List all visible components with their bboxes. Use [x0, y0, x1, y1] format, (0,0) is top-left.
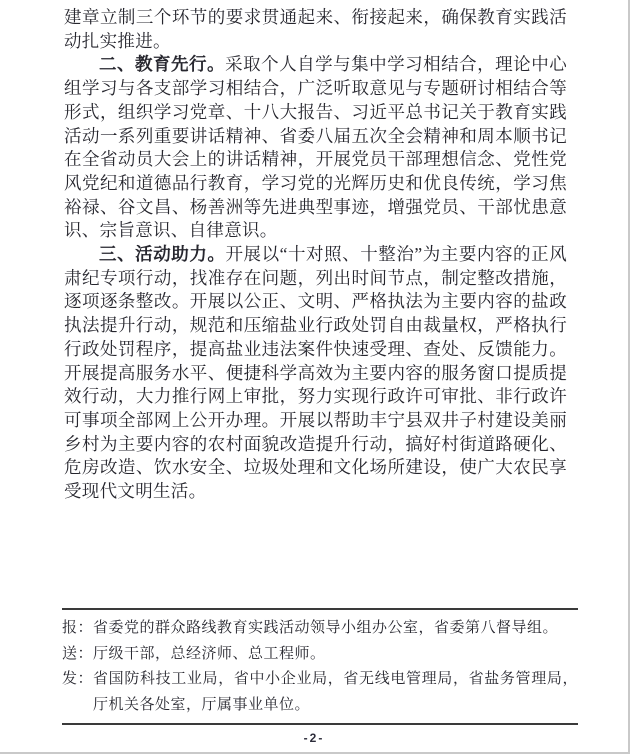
footer-text: 厅级干部，总经济师、总工程师。 — [93, 642, 578, 668]
footer-bottom-rule — [62, 723, 578, 725]
footer-line-send: 送： 厅级干部，总经济师、总工程师。 — [62, 642, 578, 668]
footer-text: 省委党的群众路线教育实践活动领导小组办公室，省委第八督导组。 — [93, 616, 578, 642]
section-heading: 三、活动助力。 — [99, 244, 225, 264]
footer-label: 送： — [62, 642, 93, 668]
page-number: -2- — [0, 731, 628, 745]
paragraph-text: 建章立制三个环节的要求贯通起来、衔接起来，确保教育实践活动扎实推进。 — [64, 7, 567, 51]
document-body: 建章立制三个环节的要求贯通起来、衔接起来，确保教育实践活动扎实推进。 二、教育先… — [64, 6, 567, 504]
footer-label: 报： — [62, 616, 93, 642]
paragraph-text: 开展以“十对照、十整治”为主要内容的正风肃纪专项行动，找准存在问题，列出时间节点… — [64, 244, 567, 501]
paragraph-continuation: 建章立制三个环节的要求贯通起来、衔接起来，确保教育实践活动扎实推进。 — [64, 6, 567, 53]
footer-line-report: 报： 省委党的群众路线教育实践活动领导小组办公室，省委第八督导组。 — [62, 616, 578, 642]
document-footer: 报： 省委党的群众路线教育实践活动领导小组办公室，省委第八督导组。 送： 厅级干… — [62, 608, 578, 725]
paragraph-section-2: 二、教育先行。采取个人自学与集中学习相结合，理论中心组学习与各支部学习相结合，广… — [64, 53, 567, 243]
paragraph-text: 采取个人自学与集中学习相结合，理论中心组学习与各支部学习相结合，广泛听取意见与专… — [64, 54, 567, 240]
document-page: 建章立制三个环节的要求贯通起来、衔接起来，确保教育实践活动扎实推进。 二、教育先… — [0, 0, 630, 754]
footer-label: 发： — [62, 667, 93, 693]
footer-line-distribute: 发： 省国防科技工业局，省中小企业局，省无线电管理局，省盐务管理局，厅机关各处室… — [62, 667, 578, 718]
section-heading: 二、教育先行。 — [99, 54, 225, 74]
paragraph-section-3: 三、活动助力。开展以“十对照、十整治”为主要内容的正风肃纪专项行动，找准存在问题… — [64, 243, 567, 504]
footer-text: 省国防科技工业局，省中小企业局，省无线电管理局，省盐务管理局，厅机关各处室，厅属… — [93, 667, 578, 718]
footer-top-rule — [62, 608, 578, 610]
